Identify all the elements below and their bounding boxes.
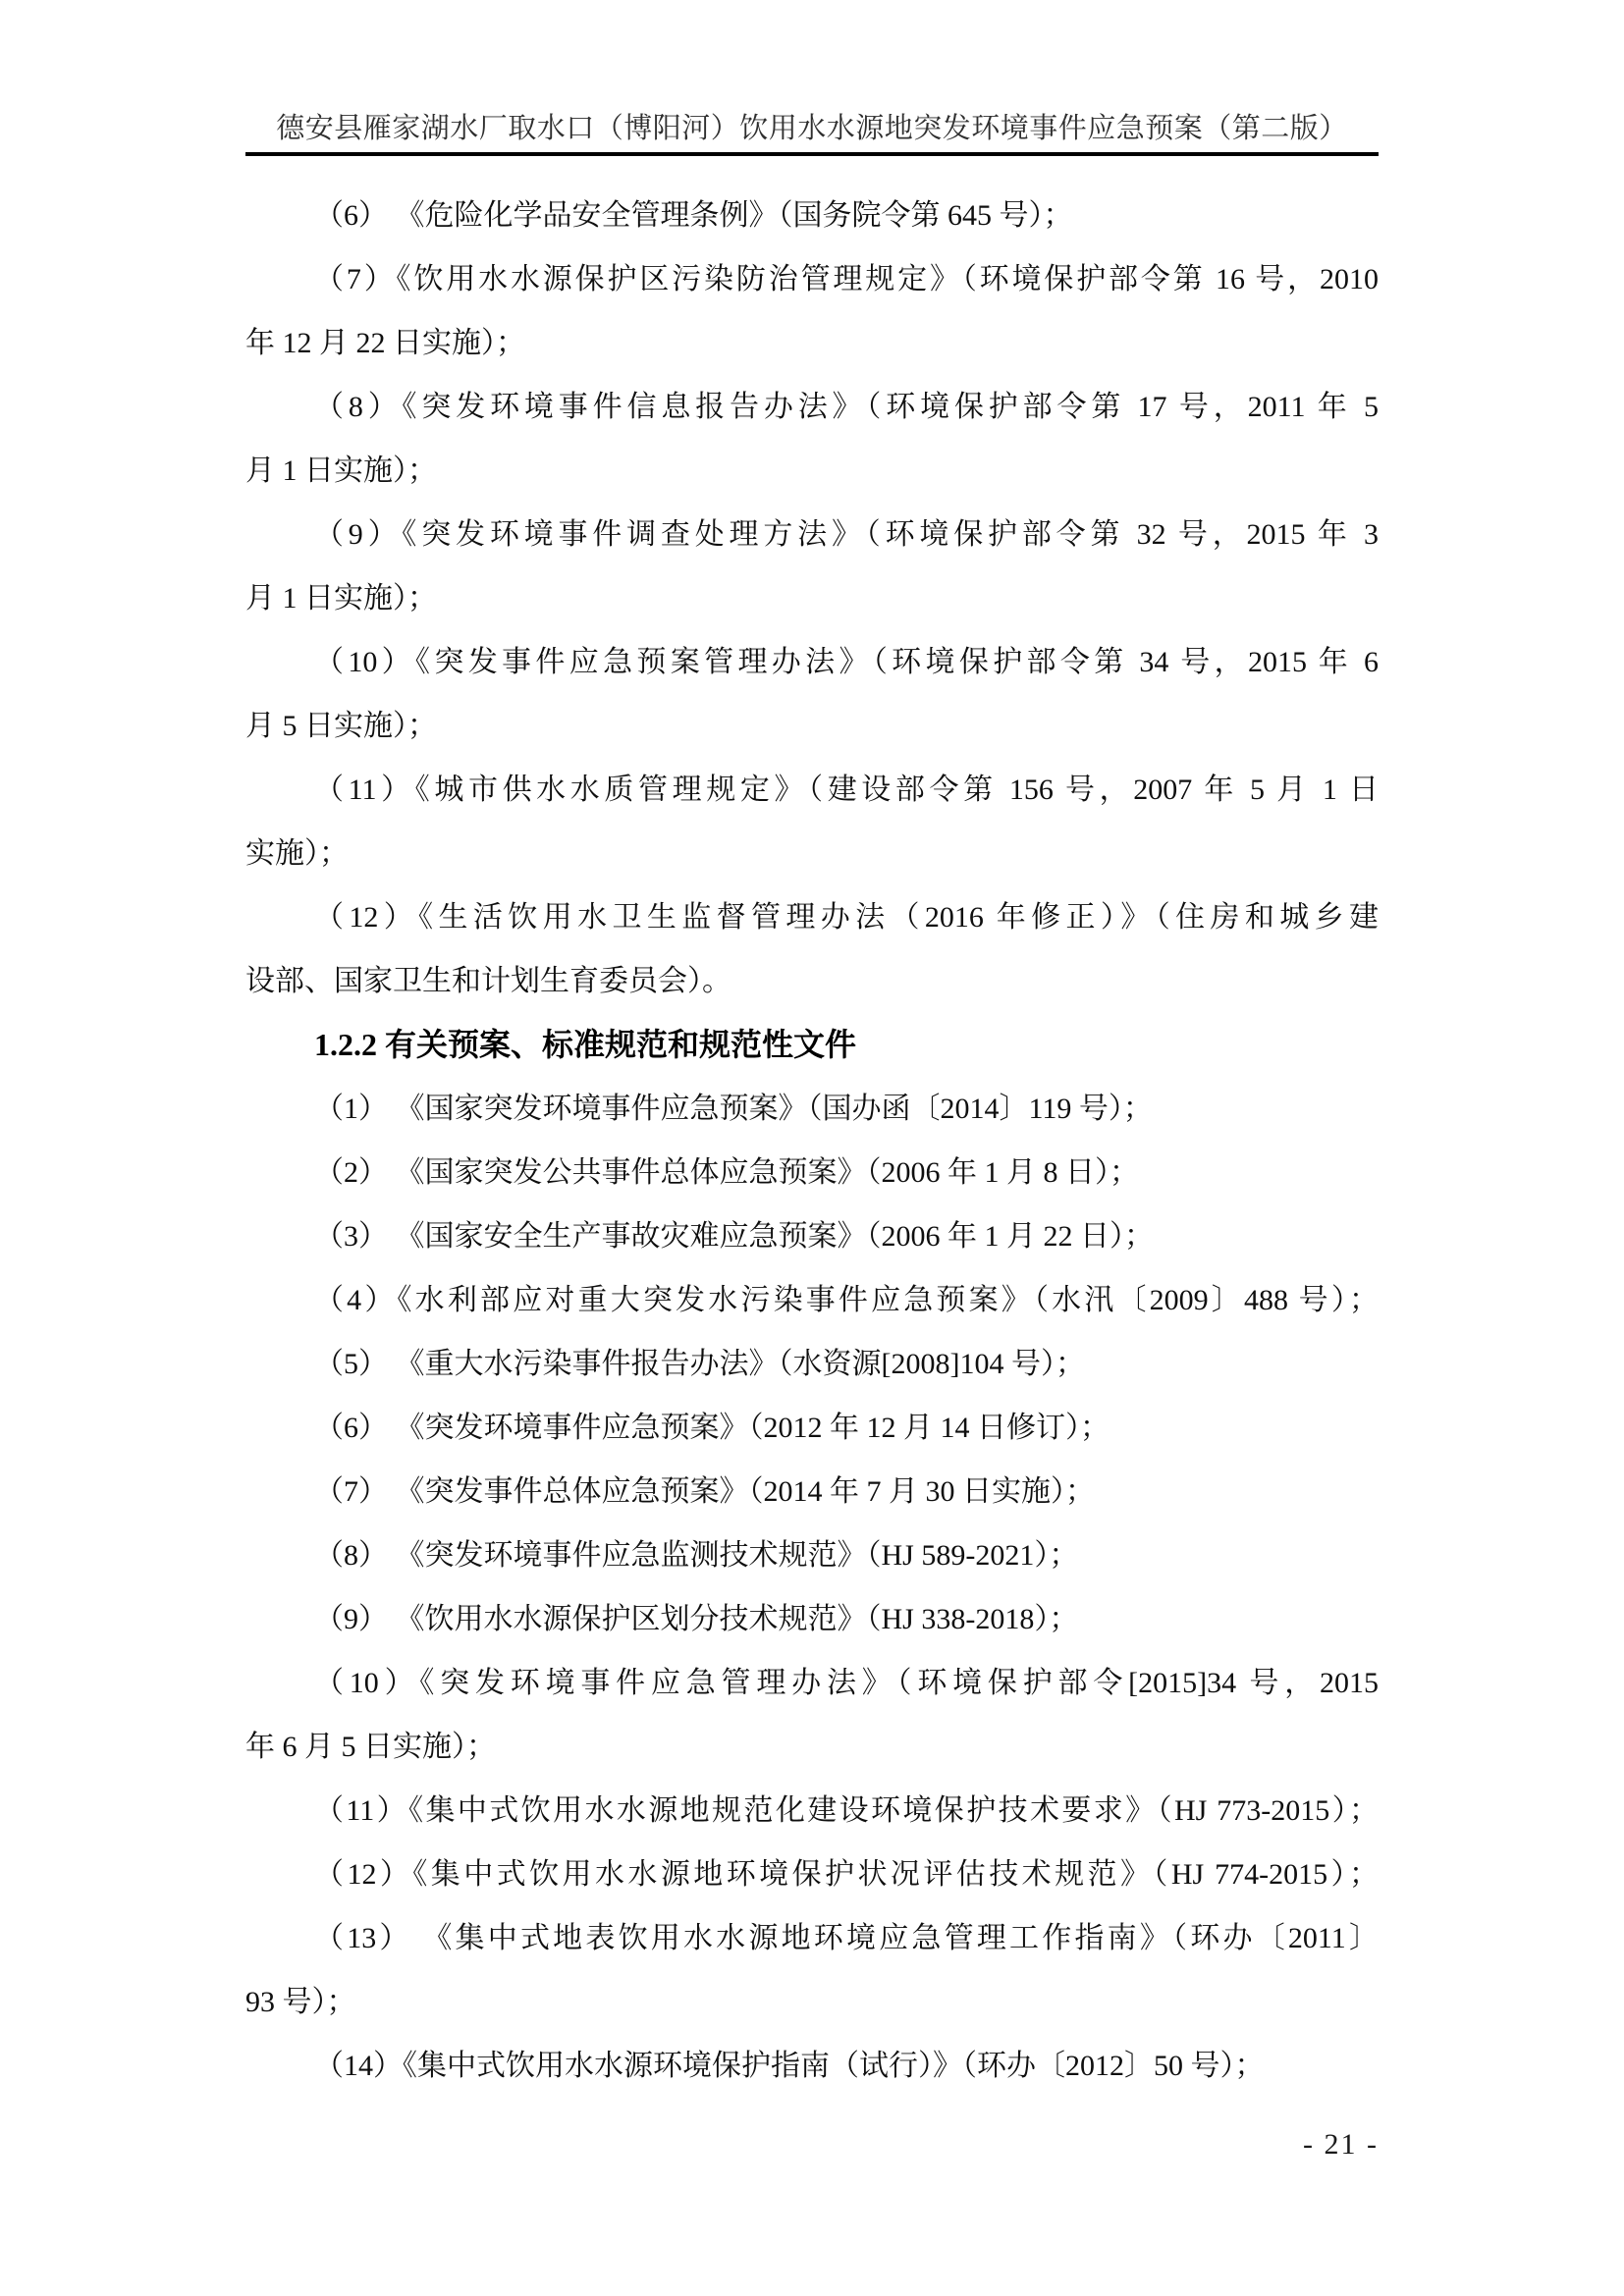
list-item-line: （5） 《重大水污染事件报告办法》（水资源[2008]104 号）； <box>245 1332 1379 1396</box>
list-item-line: （3） 《国家安全生产事故灾难应急预案》（2006 年 1 月 22 日）； <box>245 1204 1379 1268</box>
list-item-line: （11）《城市供水水质管理规定》（建设部令第 156 号，2007 年 5 月 … <box>245 758 1379 822</box>
list-item-line: （9）《突发环境事件调查处理方法》（环境保护部令第 32 号，2015 年 3 <box>245 503 1379 566</box>
list-item-line: （14）《集中式饮用水水源环境保护指南（试行）》（环办〔2012〕50 号）； <box>245 2034 1379 2098</box>
section-heading: 1.2.2 有关预案、标准规范和规范性文件 <box>245 1013 1379 1077</box>
list-item-line: （7）《饮用水水源保护区污染防治管理规定》（环境保护部令第 16 号，2010 <box>245 247 1379 311</box>
list-item-line: （4）《水利部应对重大突发水污染事件应急预案》（水汛〔2009〕488 号）； <box>245 1268 1379 1332</box>
list-item-line: （13） 《集中式地表饮用水水源地环境应急管理工作指南》（环办〔2011〕 <box>245 1906 1379 1970</box>
list-item-line: （8） 《突发环境事件应急监测技术规范》（HJ 589-2021）； <box>245 1523 1379 1587</box>
list-item-line: 月 1 日实施）； <box>245 439 1379 503</box>
list-item-line: （10）《突发事件应急预案管理办法》（环境保护部令第 34 号，2015 年 6 <box>245 630 1379 694</box>
list-item-line: 年 12 月 22 日实施）； <box>245 311 1379 375</box>
list-item-line: （7） 《突发事件总体应急预案》（2014 年 7 月 30 日实施）； <box>245 1460 1379 1523</box>
list-item-line: 实施）； <box>245 822 1379 885</box>
list-item-line: 月 5 日实施）； <box>245 694 1379 758</box>
document-body: （6） 《危险化学品安全管理条例》（国务院令第 645 号）； （7）《饮用水水… <box>245 184 1379 2098</box>
list-item-line: （6） 《危险化学品安全管理条例》（国务院令第 645 号）； <box>245 184 1379 247</box>
list-item-line: （2） 《国家突发公共事件总体应急预案》（2006 年 1 月 8 日）； <box>245 1141 1379 1204</box>
list-item-line: （9） 《饮用水水源保护区划分技术规范》（HJ 338-2018）； <box>245 1587 1379 1651</box>
list-item-line: 年 6 月 5 日实施）； <box>245 1715 1379 1779</box>
list-item-line: 设部、国家卫生和计划生育委员会）。 <box>245 949 1379 1013</box>
list-item-line: （1） 《国家突发环境事件应急预案》（国办函〔2014〕119 号）； <box>245 1077 1379 1141</box>
list-item-line: （12）《集中式饮用水水源地环境保护状况评估技术规范》（HJ 774-2015）… <box>245 1842 1379 1906</box>
list-item-line: （11）《集中式饮用水水源地规范化建设环境保护技术要求》（HJ 773-2015… <box>245 1779 1379 1842</box>
list-item-line: （12）《生活饮用水卫生监督管理办法（2016 年修正）》（住房和城乡建 <box>245 885 1379 949</box>
list-item-line: （6） 《突发环境事件应急预案》（2012 年 12 月 14 日修订）； <box>245 1396 1379 1460</box>
list-item-line: （10）《突发环境事件应急管理办法》（环境保护部令[2015]34 号，2015 <box>245 1651 1379 1715</box>
page-number: - 21 - <box>245 2126 1379 2163</box>
page-header-title: 德安县雁家湖水厂取水口（博阳河）饮用水水源地突发环境事件应急预案（第二版） <box>0 110 1624 147</box>
header-rule <box>245 152 1379 156</box>
list-item-line: 月 1 日实施）； <box>245 566 1379 630</box>
list-item-line: （8）《突发环境事件信息报告办法》（环境保护部令第 17 号，2011 年 5 <box>245 375 1379 439</box>
document-page: 德安县雁家湖水厂取水口（博阳河）饮用水水源地突发环境事件应急预案（第二版） （6… <box>0 0 1624 2296</box>
list-item-line: 93 号）； <box>245 1970 1379 2034</box>
